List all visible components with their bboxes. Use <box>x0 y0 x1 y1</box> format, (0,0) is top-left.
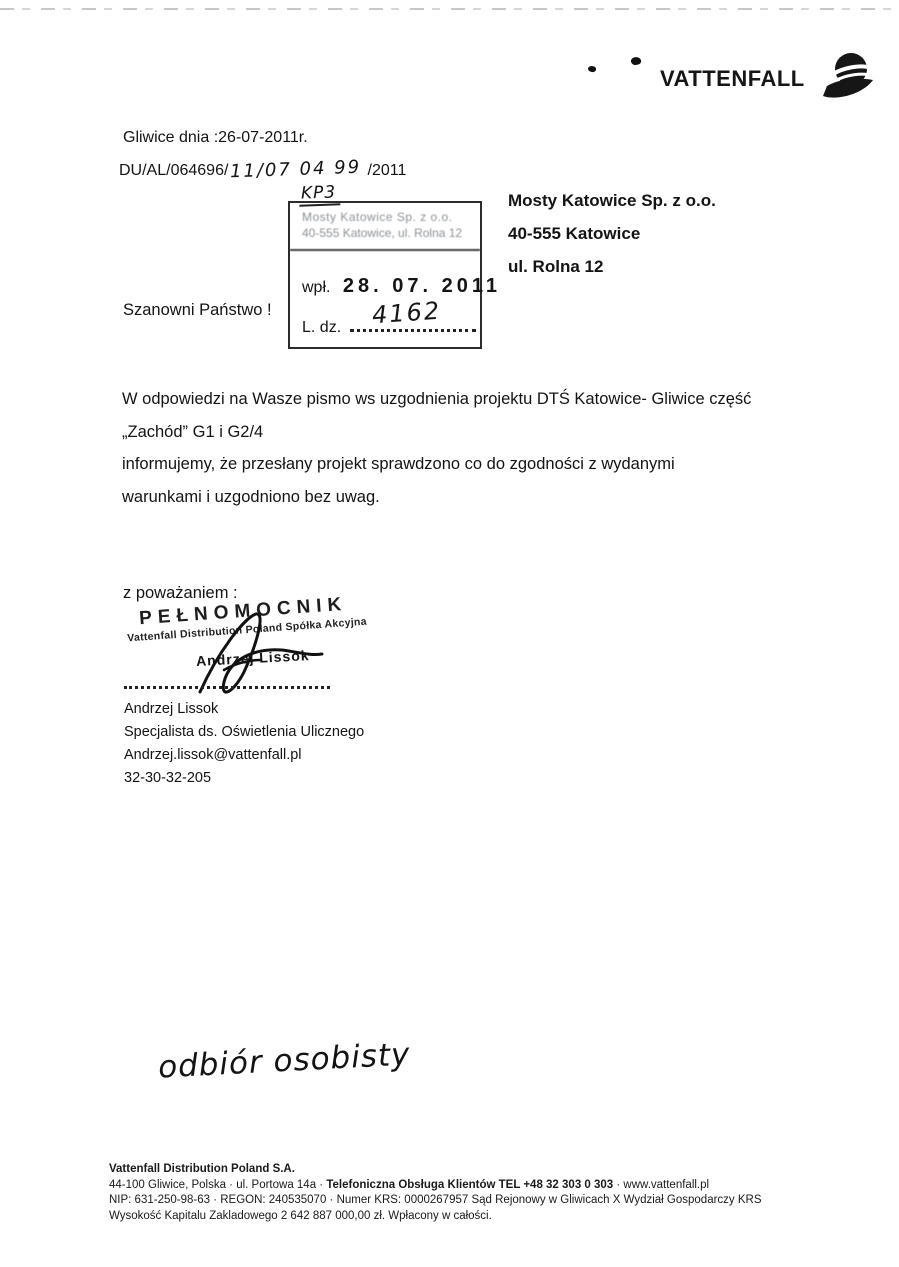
body-line: W odpowiedzi na Wasze pismo ws uzgodnien… <box>122 383 802 416</box>
body-line: „Zachód” G1 i G2/4 <box>122 416 802 449</box>
footer-phone: Telefoniczna Obsługa Klientów TEL +48 32… <box>326 1179 613 1191</box>
footer-line2: NIP: 631-250-98-63 · REGON: 240535070 · … <box>109 1193 829 1209</box>
scan-artifact-line <box>0 8 899 10</box>
date-line: Gliwice dnia :26-07-2011r. <box>123 129 308 147</box>
ldz-dotted-line: 4162 <box>350 315 476 332</box>
signer-email: Andrzej.lissok@vattenfall.pl <box>124 744 364 767</box>
ldz-label: L. dz. <box>302 319 341 336</box>
stamp-faded-line2: 40-555 Katowice, ul. Rolna 12 <box>302 225 472 241</box>
recipient-address: Mosty Katowice Sp. z o.o. 40-555 Katowic… <box>508 184 716 283</box>
body-line: informujemy, że przesłany projekt sprawd… <box>122 448 802 481</box>
handwritten-signature <box>160 600 370 705</box>
stamp-faded-address: Mosty Katowice Sp. z o.o. 40-555 Katowic… <box>290 203 480 251</box>
received-date-row: wpł. 28. 07. 2011 <box>302 275 501 298</box>
handwritten-note: odbiór osobisty <box>157 1036 411 1085</box>
ldz-row: L. dz. 4162 <box>302 315 476 337</box>
footer-company: Vattenfall Distribution Poland S.A. <box>109 1162 829 1178</box>
footer: Vattenfall Distribution Poland S.A. 44-1… <box>109 1162 829 1224</box>
footer-line1: 44-100 Gliwice, Polska · ul. Portowa 14a… <box>109 1178 829 1194</box>
signer-name: Andrzej Lissok <box>124 698 364 721</box>
body-line: warunkami i uzgodniono bez uwag. <box>122 481 802 514</box>
footer-line3: Wysokość Kapitalu Zakladowego 2 642 887 … <box>109 1209 829 1225</box>
signer-block: Andrzej Lissok Specjalista ds. Oświetlen… <box>124 698 364 790</box>
ref-suffix: /2011 <box>368 162 407 179</box>
ref-handwritten: 11/07 04 99 <box>230 157 362 183</box>
footer-address: 44-100 Gliwice, Polska · ul. Portowa 14a… <box>109 1179 326 1191</box>
ink-speck <box>587 65 597 73</box>
vattenfall-logo-text: VATTENFALL <box>660 66 805 92</box>
vattenfall-logo: VATTENFALL <box>660 52 875 105</box>
signature-dotted-line <box>124 676 330 689</box>
recipient-name: Mosty Katowice Sp. z o.o. <box>508 184 716 217</box>
ldz-handwritten-value: 4162 <box>371 297 442 330</box>
stamp-faded-line1: Mosty Katowice Sp. z o.o. <box>302 209 472 225</box>
scanned-letter-page: VATTENFALL Gliwice dnia :26-07-2011r. DU… <box>0 0 899 1267</box>
letter-body: W odpowiedzi na Wasze pismo ws uzgodnien… <box>122 383 802 513</box>
recipient-postal: 40-555 Katowice <box>508 217 716 250</box>
received-stamp-box: Mosty Katowice Sp. z o.o. 40-555 Katowic… <box>288 201 482 349</box>
signer-phone: 32-30-32-205 <box>124 767 364 790</box>
signer-title: Specjalista ds. Oświetlenia Ulicznego <box>124 721 364 744</box>
recipient-street: ul. Rolna 12 <box>508 250 716 283</box>
salutation: Szanowni Państwo ! <box>123 301 272 320</box>
received-label: wpł. <box>302 279 330 296</box>
footer-website: · www.vattenfall.pl <box>613 1179 709 1191</box>
reference-number: DU/AL/064696/11/07 04 99/2011 <box>119 159 406 180</box>
ref-prefix: DU/AL/064696/ <box>119 162 228 179</box>
globe-icon <box>813 52 875 105</box>
received-date: 28. 07. 2011 <box>343 275 501 297</box>
ink-speck <box>630 56 642 66</box>
